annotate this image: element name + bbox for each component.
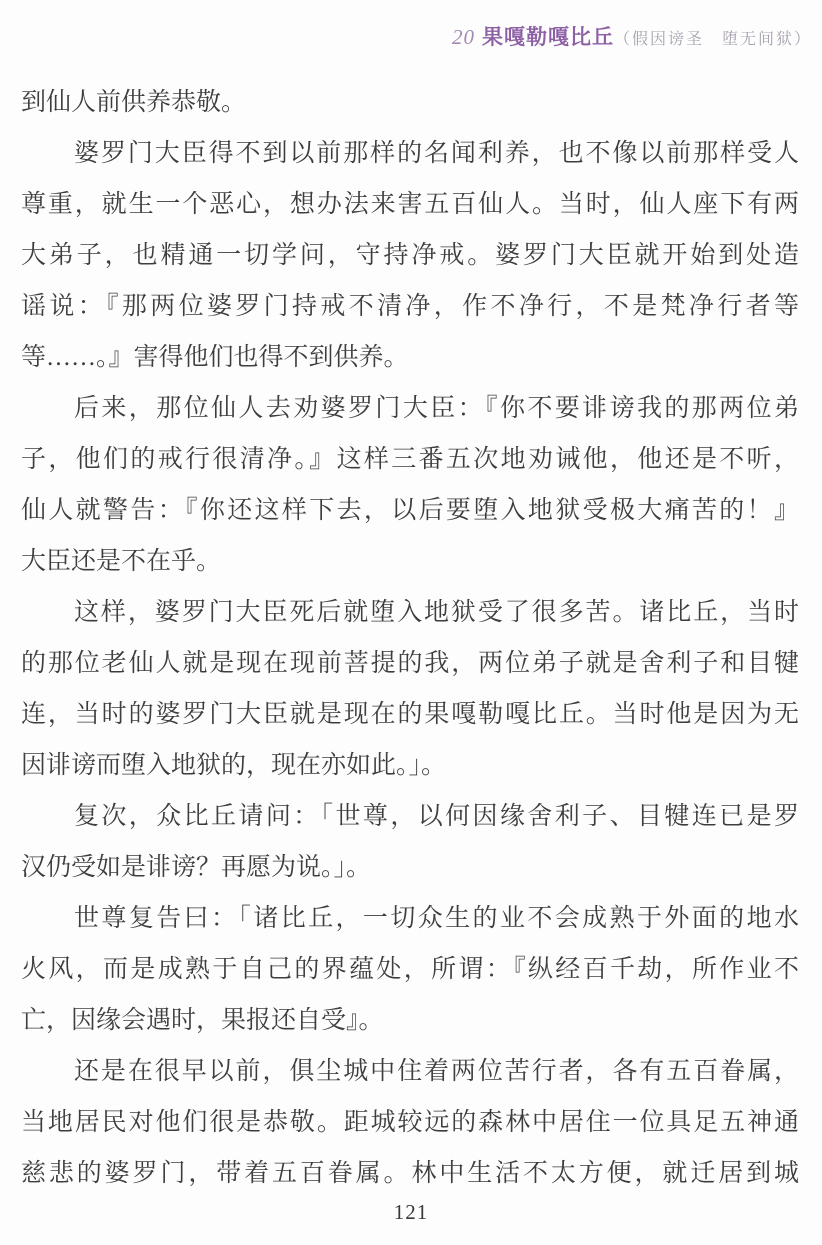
text-line: 后来，那位仙人去劝婆罗门大臣：『你不要诽谤我的那两位弟 [21,383,799,434]
text-line: 子，他们的戒行很清净。』这样三番五次地劝诫他，他还是不听， [21,434,799,485]
text-line: 大臣还是不在乎。 [21,536,799,587]
text-line: 尊重，就生一个恶心，想办法来害五百仙人。当时，仙人座下有两 [21,179,799,230]
text-line: 连，当时的婆罗门大臣就是现在的果嘎勒嘎比丘。当时他是因为无 [21,689,799,740]
text-line: 这样，婆罗门大臣死后就堕入地狱受了很多苦。诸比丘，当时 [21,587,799,638]
text-line: 仙人就警告：『你还这样下去，以后要堕入地狱受极大痛苦的！』 [21,485,799,536]
text-line: 当地居民对他们很是恭敬。距城较远的森林中居住一位具足五神通 [21,1097,799,1148]
text-line: 谣说：『那两位婆罗门持戒不清净，作不净行，不是梵净行者等 [21,281,799,332]
text-line: 慈悲的婆罗门，带着五百眷属。林中生活不太方便，就迁居到城 [21,1148,799,1199]
text-line: 复次，众比丘请问：「世尊，以何因缘舍利子、目犍连已是罗 [21,791,799,842]
text-line: 婆罗门大臣得不到以前那样的名闻利养，也不像以前那样受人 [21,128,799,179]
text-line: 汉仍受如是诽谤？再愿为说。」。 [21,842,799,893]
text-line: 到仙人前供养恭敬。 [21,77,799,128]
chapter-number: 20 [452,25,475,49]
text-line: 还是在很早以前，俱尘城中住着两位苦行者，各有五百眷属， [21,1046,799,1097]
book-page: 20果嘎勒嘎比丘（假因谤圣 堕无间狱） 到仙人前供养恭敬。婆罗门大臣得不到以前那… [0,0,822,1245]
page-number: 121 [0,1200,822,1225]
chapter-title: 果嘎勒嘎比丘 [482,25,614,49]
text-line: 亡，因缘会遇时，果报还自受』。 [21,995,799,1046]
text-line: 因诽谤而堕入地狱的，现在亦如此。」。 [21,740,799,791]
chapter-subtitle: （假因谤圣 堕无间狱） [614,31,812,48]
text-line: 火风，而是成熟于自己的界蕴处，所谓：『纵经百千劫，所作业不 [21,944,799,995]
text-line: 世尊复告曰：「诸比丘，一切众生的业不会成熟于外面的地水 [21,893,799,944]
chapter-header: 20果嘎勒嘎比丘（假因谤圣 堕无间狱） [0,22,812,55]
body-text: 到仙人前供养恭敬。婆罗门大臣得不到以前那样的名闻利养，也不像以前那样受人尊重，就… [21,77,799,1199]
text-line: 大弟子，也精通一切学问，守持净戒。婆罗门大臣就开始到处造 [21,230,799,281]
text-line: 的那位老仙人就是现在现前菩提的我，两位弟子就是舍利子和目犍 [21,638,799,689]
text-line: 等……。』害得他们也得不到供养。 [21,332,799,383]
